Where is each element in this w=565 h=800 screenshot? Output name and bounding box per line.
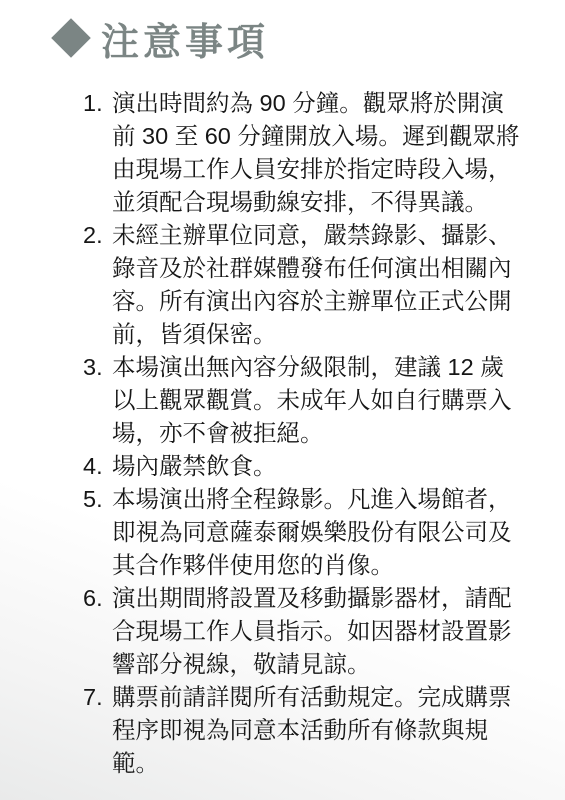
list-item-text: 場內嚴禁飲食。 <box>112 450 524 483</box>
list-item-text: 演出時間約為 90 分鐘。觀眾將於開演前 30 至 60 分鐘開放入場。遲到觀眾… <box>112 87 524 219</box>
list-item: 7. 購票前請詳閱所有活動規定。完成購票程序即視為同意本活動所有條款與規範。 <box>0 681 565 780</box>
section-header: 注意事項 <box>0 0 565 61</box>
list-item: 3. 本場演出無內容分級限制，建議 12 歲以上觀眾觀賞。未成年人如自行購票入場… <box>0 351 565 450</box>
list-item-number: 3. <box>83 351 112 450</box>
list-item: 5. 本場演出將全程錄影。凡進入場館者，即視為同意薩泰爾娛樂股份有限公司及其合作… <box>0 483 565 582</box>
list-item: 4. 場內嚴禁飲食。 <box>0 450 565 483</box>
list-item-number: 6. <box>83 582 112 681</box>
list-item-text: 購票前請詳閱所有活動規定。完成購票程序即視為同意本活動所有條款與規範。 <box>112 681 524 780</box>
notice-list: 1. 演出時間約為 90 分鐘。觀眾將於開演前 30 至 60 分鐘開放入場。遲… <box>0 87 565 780</box>
list-item: 2. 未經主辦單位同意，嚴禁錄影、攝影、錄音及於社群媒體發布任何演出相關內容。所… <box>0 219 565 351</box>
page-title: 注意事項 <box>101 11 269 66</box>
list-item-number: 4. <box>83 450 112 483</box>
diamond-icon <box>50 17 92 59</box>
list-item-text: 本場演出將全程錄影。凡進入場館者，即視為同意薩泰爾娛樂股份有限公司及其合作夥伴使… <box>112 483 524 582</box>
notice-page: 注意事項 1. 演出時間約為 90 分鐘。觀眾將於開演前 30 至 60 分鐘開… <box>0 0 565 800</box>
list-item-text: 演出期間將設置及移動攝影器材，請配合現場工作人員指示。如因器材設置影響部分視線，… <box>112 582 524 681</box>
list-item-number: 7. <box>83 681 112 780</box>
list-item-number: 1. <box>83 87 112 219</box>
list-item-number: 2. <box>83 219 112 351</box>
list-item-text: 未經主辦單位同意，嚴禁錄影、攝影、錄音及於社群媒體發布任何演出相關內容。所有演出… <box>112 219 524 351</box>
list-item: 6. 演出期間將設置及移動攝影器材，請配合現場工作人員指示。如因器材設置影響部分… <box>0 582 565 681</box>
list-item-text: 本場演出無內容分級限制，建議 12 歲以上觀眾觀賞。未成年人如自行購票入場，亦不… <box>112 351 524 450</box>
list-item-number: 5. <box>83 483 112 582</box>
list-item: 1. 演出時間約為 90 分鐘。觀眾將於開演前 30 至 60 分鐘開放入場。遲… <box>0 87 565 219</box>
